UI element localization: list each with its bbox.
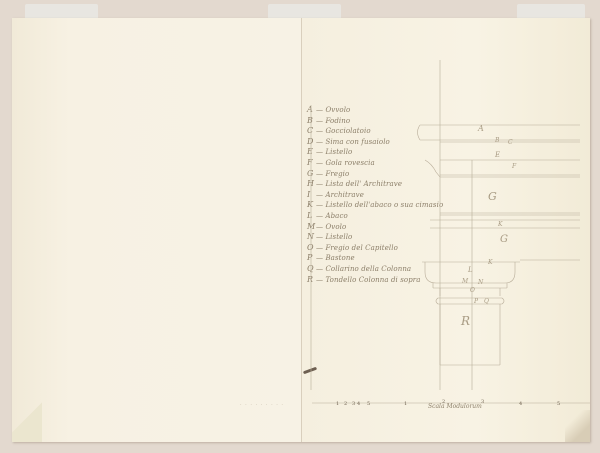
profile-label: E: [494, 151, 500, 159]
profile-label: F: [511, 163, 517, 170]
profile-label: A: [477, 124, 484, 133]
profile-label: G: [500, 234, 508, 245]
scale-label: Scala Modulorum: [428, 403, 482, 410]
profile-label: K: [497, 221, 503, 228]
architectural-profile-drawing: A B C E F G K G K L M N O P Q R 1 2 3 4 …: [0, 0, 600, 453]
profile-label: O: [470, 287, 475, 294]
profile-label: C: [508, 139, 513, 146]
profile-label: N: [477, 279, 484, 286]
profile-label: K: [487, 259, 493, 266]
profile-label: Q: [484, 298, 489, 305]
svg-text:3: 3: [352, 401, 355, 407]
svg-text:1: 1: [336, 401, 339, 407]
svg-text:4: 4: [357, 401, 360, 407]
svg-text:2: 2: [344, 401, 347, 407]
profile-label: L: [467, 266, 473, 274]
svg-text:5: 5: [557, 401, 560, 407]
profile-label: B: [494, 137, 500, 144]
profile-label: R: [460, 314, 470, 328]
svg-text:5: 5: [367, 401, 370, 407]
profile-label: M: [461, 278, 469, 285]
svg-text:4: 4: [519, 401, 522, 407]
profile-label: G: [488, 190, 497, 203]
svg-text:1: 1: [404, 401, 407, 407]
